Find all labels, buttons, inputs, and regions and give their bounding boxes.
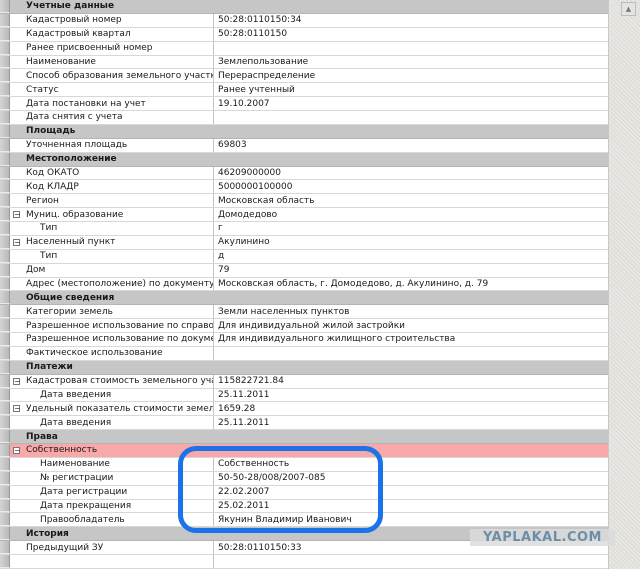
property-row[interactable]: Дата постановки на учет19.10.2007 [0, 97, 608, 111]
property-value: 79 [214, 264, 608, 277]
property-row[interactable]: Удельный показатель стоимости земель−165… [0, 402, 608, 416]
property-value [214, 361, 608, 374]
property-row[interactable]: Способ образования земельного участкаПер… [0, 69, 608, 83]
row-gutter [0, 111, 10, 124]
property-name: История [10, 527, 214, 540]
property-row[interactable]: Дата введения25.11.2011 [0, 389, 608, 403]
property-name: Платежи [10, 361, 214, 374]
property-row[interactable]: Ранее присвоенный номер [0, 42, 608, 56]
property-name: Дата введения [10, 389, 214, 402]
property-value: Земли населенных пунктов [214, 305, 608, 318]
property-value: 5000000100000 [214, 180, 608, 193]
row-gutter [0, 458, 10, 471]
row-gutter [0, 236, 10, 249]
watermark: YAPLAKAL.COM [470, 529, 615, 546]
property-name: Наименование [10, 56, 214, 69]
property-name: Местоположение [10, 153, 214, 166]
row-gutter [0, 319, 10, 332]
property-name: Адрес (местоположение) по документу [10, 278, 214, 291]
property-value [214, 444, 608, 457]
property-name: Статус [10, 83, 214, 96]
collapse-toggle-icon[interactable]: − [13, 211, 20, 218]
property-row[interactable]: Категории земельЗемли населенных пунктов [0, 305, 608, 319]
property-value: 69803 [214, 139, 608, 152]
row-gutter [0, 83, 10, 96]
row-gutter [0, 56, 10, 69]
property-row[interactable]: ПравообладательЯкунин Владимир Иванович [0, 513, 608, 527]
section-header-row[interactable]: Права [0, 430, 608, 444]
property-name: Способ образования земельного участка [10, 69, 214, 82]
property-name: Код КЛАДР [10, 180, 214, 193]
row-gutter [0, 444, 10, 457]
property-row[interactable]: Разрешенное использование по документуДл… [0, 333, 608, 347]
property-name: Кадастровый номер [10, 14, 214, 27]
property-row[interactable]: РегионМосковская область [0, 194, 608, 208]
property-row[interactable]: Населенный пункт−Акулинино [0, 236, 608, 250]
row-gutter [0, 222, 10, 235]
row-gutter [0, 361, 10, 374]
property-name: Удельный показатель стоимости земель [10, 402, 214, 415]
property-name: Населенный пункт [10, 236, 214, 249]
section-header-row[interactable]: Площадь [0, 125, 608, 139]
property-row[interactable]: Адрес (местоположение) по документуМоско… [0, 278, 608, 292]
property-name: Права [10, 430, 214, 443]
scroll-up-arrow-icon[interactable]: ▲ [621, 2, 636, 16]
property-row[interactable]: Дата прекращения25.02.2011 [0, 500, 608, 514]
row-gutter [0, 42, 10, 55]
property-row[interactable]: Дата введения25.11.2011 [0, 416, 608, 430]
property-value: 50:28:0110150:34 [214, 14, 608, 27]
row-gutter [0, 389, 10, 402]
property-row[interactable]: Кадастровая стоимость земельного участка… [0, 375, 608, 389]
property-value [214, 111, 608, 124]
property-name: Разрешенное использование по справочни..… [10, 319, 214, 332]
property-name: Тип [10, 222, 214, 235]
property-value: 46209000000 [214, 167, 608, 180]
property-value: Землепользование [214, 56, 608, 69]
property-name: Общие сведения [10, 291, 214, 304]
property-value: Якунин Владимир Иванович [214, 513, 608, 526]
property-row[interactable]: Типд [0, 250, 608, 264]
row-gutter [0, 139, 10, 152]
property-name: Дом [10, 264, 214, 277]
property-name: Дата прекращения [10, 500, 214, 513]
row-gutter [0, 486, 10, 499]
property-value [214, 347, 608, 360]
property-value: 25.02.2011 [214, 500, 608, 513]
property-value: 25.11.2011 [214, 389, 608, 402]
collapse-toggle-icon[interactable]: − [13, 405, 20, 412]
collapse-toggle-icon[interactable]: − [13, 447, 20, 454]
row-gutter [0, 430, 10, 443]
property-value: Для индивидуальной жилой застройки [214, 319, 608, 332]
property-row[interactable]: СтатусРанее учтенный [0, 83, 608, 97]
property-name: Наименование [10, 458, 214, 471]
row-gutter [0, 0, 10, 13]
property-value: Собственность [214, 458, 608, 471]
property-name: Категории земель [10, 305, 214, 318]
property-value [214, 125, 608, 138]
property-value: г [214, 222, 608, 235]
row-gutter [0, 180, 10, 193]
property-name: Площадь [10, 125, 214, 138]
property-value: Домодедово [214, 208, 608, 221]
property-name: Код ОКАТО [10, 167, 214, 180]
property-name [10, 555, 214, 568]
property-row[interactable]: Собственность− [0, 444, 608, 458]
row-gutter [0, 208, 10, 221]
property-row[interactable]: Уточненная площадь69803 [0, 139, 608, 153]
property-row[interactable]: Фактическое использование [0, 347, 608, 361]
property-row[interactable]: НаименованиеЗемлепользование [0, 56, 608, 70]
property-row[interactable]: Дом79 [0, 264, 608, 278]
row-gutter [0, 375, 10, 388]
property-value [214, 42, 608, 55]
property-name: Ранее присвоенный номер [10, 42, 214, 55]
property-name: Собственность [10, 444, 214, 457]
property-name: Кадастровый квартал [10, 28, 214, 41]
property-row[interactable]: Муниц. образование−Домодедово [0, 208, 608, 222]
property-value: д [214, 250, 608, 263]
row-gutter [0, 291, 10, 304]
row-gutter [0, 14, 10, 27]
row-gutter [0, 97, 10, 110]
property-name: Дата постановки на учет [10, 97, 214, 110]
row-gutter [0, 555, 10, 568]
property-row[interactable]: Код КЛАДР5000000100000 [0, 180, 608, 194]
property-value [214, 430, 608, 443]
row-gutter [0, 513, 10, 526]
section-header-row[interactable]: Платежи [0, 361, 608, 375]
property-row[interactable] [0, 555, 608, 569]
row-gutter [0, 472, 10, 485]
property-value: Перераспределение [214, 69, 608, 82]
property-name: Дата снятия с учета [10, 111, 214, 124]
property-name: № регистрации [10, 472, 214, 485]
property-value: Московская область [214, 194, 608, 207]
row-gutter [0, 194, 10, 207]
section-header-row[interactable]: Общие сведения [0, 291, 608, 305]
property-row[interactable]: НаименованиеСобственность [0, 458, 608, 472]
row-gutter [0, 264, 10, 277]
property-name: Дата регистрации [10, 486, 214, 499]
property-name: Фактическое использование [10, 347, 214, 360]
vertical-scrollbar[interactable]: ▲ [608, 0, 640, 569]
row-gutter [0, 125, 10, 138]
row-gutter [0, 153, 10, 166]
property-value: 50-50-28/008/2007-085 [214, 472, 608, 485]
row-gutter [0, 527, 10, 540]
property-row[interactable]: № регистрации50-50-28/008/2007-085 [0, 472, 608, 486]
row-gutter [0, 541, 10, 554]
property-name: Предыдущий ЗУ [10, 541, 214, 554]
property-value: Акулинино [214, 236, 608, 249]
property-row[interactable]: Дата регистрации22.02.2007 [0, 486, 608, 500]
property-value: 115822721.84 [214, 375, 608, 388]
property-value: 19.10.2007 [214, 97, 608, 110]
property-row[interactable]: Дата снятия с учета [0, 111, 608, 125]
property-value: Московская область, г. Домодедово, д. Ак… [214, 278, 608, 291]
property-row[interactable]: Кадастровый квартал50:28:0110150 [0, 28, 608, 42]
property-value: Для индивидуального жилищного строительс… [214, 333, 608, 346]
property-value: Ранее учтенный [214, 83, 608, 96]
row-gutter [0, 347, 10, 360]
row-gutter [0, 278, 10, 291]
property-row[interactable]: Разрешенное использование по справочни..… [0, 319, 608, 333]
section-header-row[interactable]: Местоположение [0, 153, 608, 167]
property-name: Муниц. образование [10, 208, 214, 221]
property-name: Тип [10, 250, 214, 263]
property-value: 25.11.2011 [214, 416, 608, 429]
row-gutter [0, 250, 10, 263]
property-row[interactable]: Типг [0, 222, 608, 236]
row-gutter [0, 69, 10, 82]
property-grid: Учетные данныеКадастровый номер50:28:011… [0, 0, 608, 569]
property-value [214, 153, 608, 166]
row-gutter [0, 500, 10, 513]
property-name: Правообладатель [10, 513, 214, 526]
property-value: 1659.28 [214, 402, 608, 415]
row-gutter [0, 333, 10, 346]
property-row[interactable]: Код ОКАТО46209000000 [0, 167, 608, 181]
collapse-toggle-icon[interactable]: − [13, 378, 20, 385]
row-gutter [0, 167, 10, 180]
collapse-toggle-icon[interactable]: − [13, 239, 20, 246]
property-value [214, 291, 608, 304]
row-gutter [0, 416, 10, 429]
row-gutter [0, 305, 10, 318]
property-value: 22.02.2007 [214, 486, 608, 499]
property-name: Учетные данные [10, 0, 214, 13]
property-row[interactable]: Кадастровый номер50:28:0110150:34 [0, 14, 608, 28]
property-name: Разрешенное использование по документу [10, 333, 214, 346]
property-value [214, 555, 608, 568]
property-value: 50:28:0110150 [214, 28, 608, 41]
row-gutter [0, 402, 10, 415]
property-name: Дата введения [10, 416, 214, 429]
property-name: Уточненная площадь [10, 139, 214, 152]
property-name: Регион [10, 194, 214, 207]
row-gutter [0, 28, 10, 41]
property-name: Кадастровая стоимость земельного участка [10, 375, 214, 388]
property-value [214, 0, 608, 13]
section-header-row[interactable]: Учетные данные [0, 0, 608, 14]
